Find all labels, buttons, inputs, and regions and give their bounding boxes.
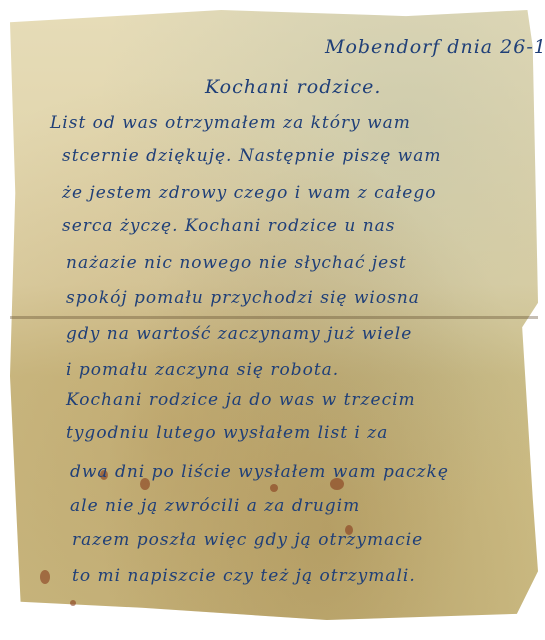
paper-fold-crease [10, 316, 538, 319]
rust-stain [40, 570, 50, 584]
letter-line: ale nie ją zwrócili a za drugim [70, 496, 360, 516]
scanned-letter-page: Mobendorf dnia 26-14. Kochani rodzice. L… [0, 0, 545, 640]
letter-line: tygodniu lutego wysłałem list i za [66, 423, 388, 443]
letter-line: stcernie dziękuję. Następnie piszę wam [62, 146, 441, 166]
rust-stain [70, 600, 76, 606]
letter-line: List od was otrzymałem za który wam [50, 113, 411, 133]
letter-place-date: Mobendorf dnia 26-14. [325, 36, 545, 58]
letter-line: spokój pomału przychodzi się wiosna [66, 288, 420, 308]
letter-line: Kochani rodzice ja do was w trzecim [66, 390, 416, 410]
letter-line: serca życzę. Kochani rodzice u nas [62, 216, 396, 236]
letter-salutation: Kochani rodzice. [205, 76, 381, 98]
letter-line: razem poszła więc gdy ją otrzymacie [72, 530, 423, 550]
letter-line: to mi napiszcie czy też ją otrzymali. [72, 566, 416, 586]
rust-stain [270, 484, 278, 492]
aged-paper-sheet [10, 10, 538, 620]
letter-line: nażazie nic nowego nie słychać jest [66, 253, 407, 273]
letter-line: że jestem zdrowy czego i wam z całego [62, 183, 436, 203]
letter-line: gdy na wartość zaczynamy już wiele [66, 324, 412, 344]
letter-line: dwa dni po liście wysłałem wam paczkę [70, 462, 449, 482]
letter-line: i pomału zaczyna się robota. [66, 360, 339, 380]
